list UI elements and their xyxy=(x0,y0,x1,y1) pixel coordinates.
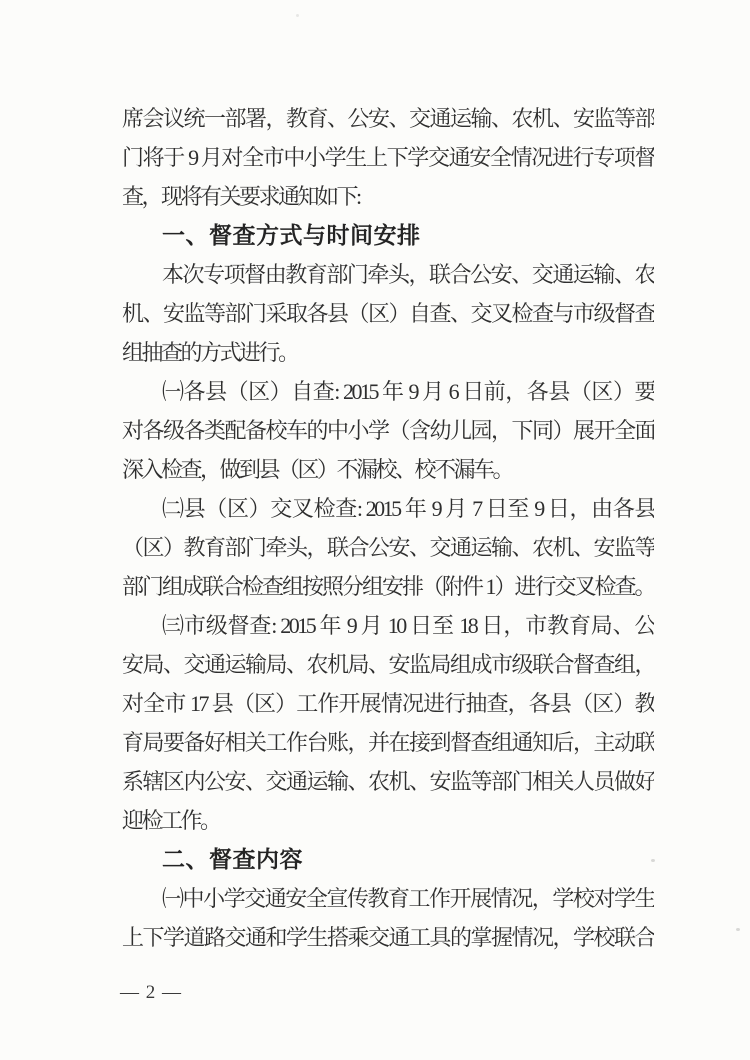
paragraph: 本次专项督由教育部门牵头，联合公安、交通运输、农机、安监等部门采取各县（区）自查… xyxy=(122,255,654,372)
document-page: 席会议统一部署，教育、公安、交通运输、农机、安监等部门将于 9 月对全市中小学生… xyxy=(0,0,750,1060)
text-line: 组抽查的方式进行。 xyxy=(122,333,654,372)
text-line: 查，现将有关要求通知如下: xyxy=(122,177,654,216)
document-body: 席会议统一部署，教育、公安、交通运输、农机、安监等部门将于 9 月对全市中小学生… xyxy=(122,99,654,957)
text-line: 一、督查方式与时间安排 xyxy=(122,216,654,255)
scan-artifact xyxy=(651,859,655,862)
paragraph: ㈠中小学交通安全宣传教育工作开展情况，学校对学生上下学道路交通和学生搭乘交通工具… xyxy=(122,879,654,957)
text-line: 育局要备好相关工作台账，并在接到督查组通知后，主动联 xyxy=(122,723,654,762)
paragraph: ㈢市级督查: 2015 年 9 月 10 日至 18 日，市教育局、公安局、交通… xyxy=(122,606,654,840)
scan-artifact xyxy=(736,928,740,931)
text-line: ㈠各县（区）自查: 2015 年 9 月 6 日前，各县（区）要 xyxy=(122,372,654,411)
page-number: — 2 — xyxy=(120,982,182,1004)
text-line: ㈠中小学交通安全宣传教育工作开展情况，学校对学生 xyxy=(122,879,654,918)
text-line: 系辖区内公安、交通运输、农机、安监等部门相关人员做好 xyxy=(122,762,654,801)
text-line: ㈢市级督查: 2015 年 9 月 10 日至 18 日，市教育局、公 xyxy=(122,606,654,645)
section-heading: 二、督查内容 xyxy=(122,840,654,879)
text-line: 部门组成联合检查组按照分组安排（附件 1）进行交叉检查。 xyxy=(122,567,654,606)
text-line: 机、安监等部门采取各县（区）自查、交叉检查与市级督查 xyxy=(122,294,654,333)
text-line: 安局、交通运输局、农机局、安监局组成市级联合督查组， xyxy=(122,645,654,684)
paragraph: ㈡县（区）交叉检查: 2015 年 9 月 7 日至 9 日，由各县（区）教育部… xyxy=(122,489,654,606)
text-line: ㈡县（区）交叉检查: 2015 年 9 月 7 日至 9 日，由各县 xyxy=(122,489,654,528)
paragraph: 席会议统一部署，教育、公安、交通运输、农机、安监等部门将于 9 月对全市中小学生… xyxy=(122,99,654,216)
paragraph: ㈠各县（区）自查: 2015 年 9 月 6 日前，各县（区）要对各级各类配备校… xyxy=(122,372,654,489)
text-line: 二、督查内容 xyxy=(122,840,654,879)
text-line: 席会议统一部署，教育、公安、交通运输、农机、安监等部 xyxy=(122,99,654,138)
text-line: 深入检查，做到县（区）不漏校、校不漏车。 xyxy=(122,450,654,489)
text-line: 对全市 17 县（区）工作开展情况进行抽查，各县（区）教 xyxy=(122,684,654,723)
scan-artifact xyxy=(296,14,299,17)
text-line: 对各级各类配备校车的中小学（含幼儿园，下同）展开全面 xyxy=(122,411,654,450)
section-heading: 一、督查方式与时间安排 xyxy=(122,216,654,255)
text-line: 本次专项督由教育部门牵头，联合公安、交通运输、农 xyxy=(122,255,654,294)
text-line: 门将于 9 月对全市中小学生上下学交通安全情况进行专项督 xyxy=(122,138,654,177)
text-line: 迎检工作。 xyxy=(122,801,654,840)
text-line: 上下学道路交通和学生搭乘交通工具的掌握情况，学校联合 xyxy=(122,918,654,957)
text-line: （区）教育部门牵头，联合公安、交通运输、农机、安监等 xyxy=(122,528,654,567)
